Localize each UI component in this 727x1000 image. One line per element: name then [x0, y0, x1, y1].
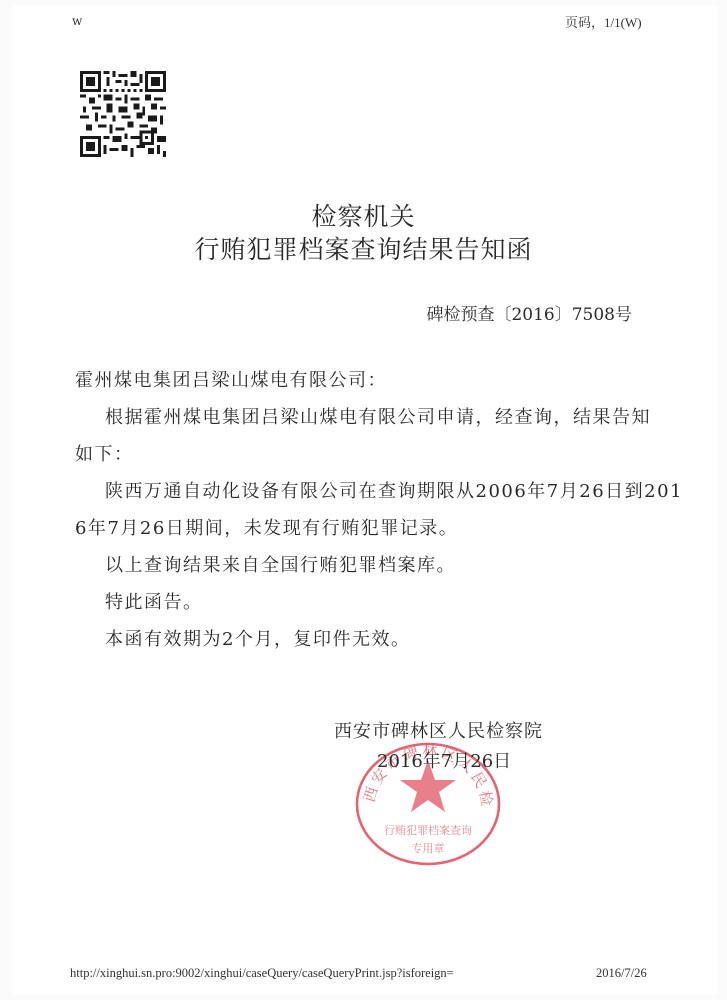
svg-text:行贿犯罪档案查询: 行贿犯罪档案查询	[384, 823, 472, 837]
paragraph2-line1: 陕西万通自动化设备有限公司在查询期限从2006年7月26日到201	[105, 477, 683, 503]
qr-code-icon	[80, 71, 166, 157]
header-left-mark: w	[72, 14, 82, 28]
paragraph4: 特此函告。	[105, 588, 203, 614]
signature-date: 2016年7月26日	[377, 747, 511, 773]
title-line2: 行贿犯罪档案查询结果告知函	[0, 230, 727, 266]
title-line1: 检察机关	[0, 197, 727, 233]
page-indicator: 页码，1/1(W)	[565, 12, 642, 31]
document-number: 碑检预查〔2016〕7508号	[426, 300, 632, 325]
recipient: 霍州煤电集团吕梁山煤电有限公司：	[75, 366, 387, 392]
footer-url: http://xinghui.sn.pro:9002/xinghui/caseQ…	[70, 966, 454, 981]
paragraph3: 以上查询结果来自全国行贿犯罪档案库。	[105, 551, 456, 577]
paragraph1-line1: 根据霍州煤电集团吕梁山煤电有限公司申请，经查询，结果告知	[105, 403, 651, 429]
paragraph5: 本函有效期为2个月，复印件无效。	[105, 625, 410, 651]
paragraph2-line2: 6年7月26日期间，未发现有行贿犯罪记录。	[75, 514, 458, 540]
signature-organization: 西安市碑林区人民检察院	[334, 717, 543, 743]
paragraph1-line2: 如下：	[75, 440, 134, 466]
footer-date: 2016/7/26	[596, 966, 647, 981]
svg-text:专用章: 专用章	[412, 841, 445, 855]
